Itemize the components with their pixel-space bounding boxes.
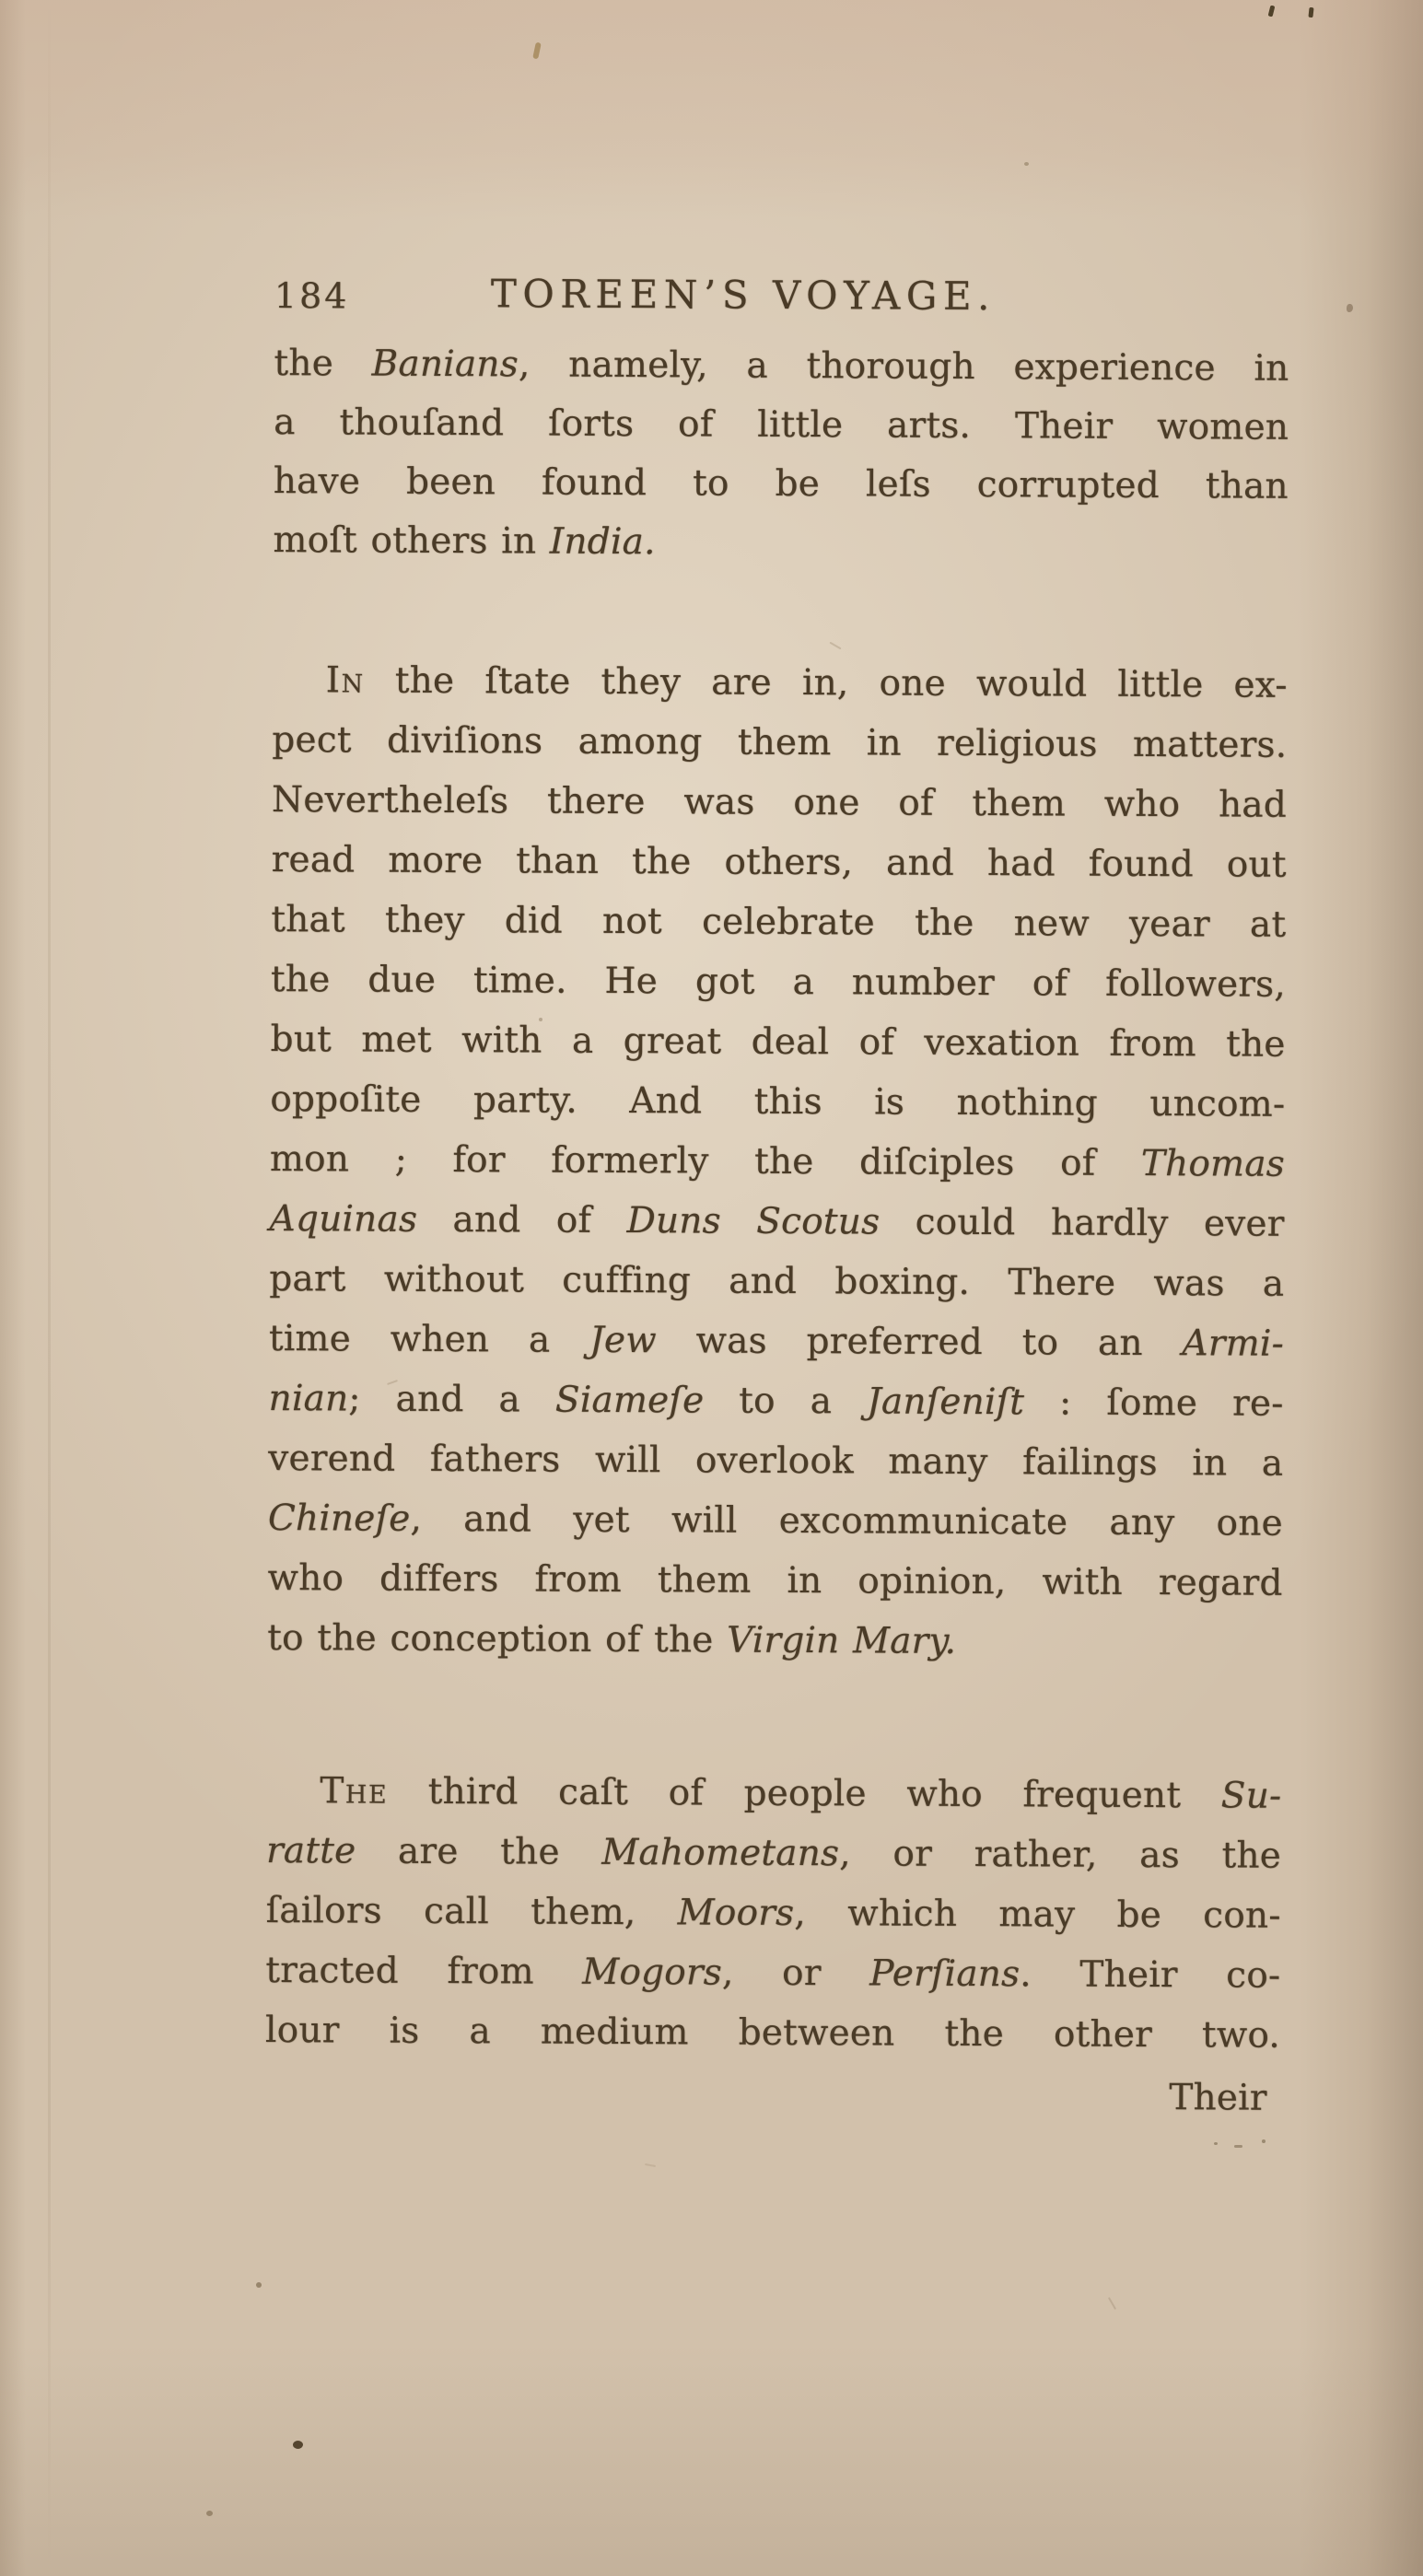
text-segment: the ſtate they are in, one would little … xyxy=(365,660,1288,706)
text-segment: moſt others in xyxy=(273,519,550,563)
text-segment: third caſt of people who frequent xyxy=(388,1771,1221,1817)
running-title: TOREEN’S VOYAGE. xyxy=(236,270,1251,321)
italic-text: Moors xyxy=(678,1892,795,1934)
text-segment: ; and a xyxy=(348,1378,555,1420)
text-segment: that they did not celebrate the new year… xyxy=(271,899,1286,946)
text-segment: time when a xyxy=(269,1318,589,1361)
text-segment: to the conception of the xyxy=(267,1617,727,1661)
text-line: nian; and a Siameſe to a Janſeniſt : ſom… xyxy=(268,1369,1283,1434)
text-line: to the conception of the Virgin Mary. xyxy=(267,1608,1282,1673)
italic-text: Armi- xyxy=(1182,1323,1284,1365)
text-segment: , and yet will excommunicate any one xyxy=(410,1498,1283,1544)
italic-text: Perſians xyxy=(869,1952,1020,1995)
italic-text: Virgin Mary. xyxy=(727,1620,956,1662)
text-line: read more than the others, and had found… xyxy=(271,830,1286,895)
text-line: ratte are the Mahometans, or rather, as … xyxy=(266,1821,1281,1886)
italic-text: Aquinas xyxy=(269,1198,417,1241)
text-segment: The xyxy=(320,1770,388,1812)
text-segment: pect diviſions among them in religious m… xyxy=(272,719,1287,766)
text-line: time when a Jew was preferred to an Armi… xyxy=(269,1309,1284,1374)
text-segment: but met with a great deal of vexation fr… xyxy=(271,1019,1286,1066)
paragraph-3: The third caſt of people who frequent Su… xyxy=(265,1761,1282,2066)
text-line: In the ſtate they are in, one would litt… xyxy=(272,650,1287,716)
italic-text: Mahometans xyxy=(601,1832,839,1874)
paper-fiber xyxy=(1108,2297,1116,2310)
paper-crease xyxy=(48,0,51,2576)
ink-speck xyxy=(1234,2145,1242,2148)
text-segment: verend fathers will overlook many failin… xyxy=(268,1438,1283,1485)
page-header: 184 TOREEN’S VOYAGE. xyxy=(274,270,1289,323)
italic-text: Chineſe xyxy=(268,1498,411,1540)
text-line: verend fathers will overlook many failin… xyxy=(268,1428,1283,1494)
text-segment: read more than the others, and had found… xyxy=(272,839,1287,886)
text-segment: could hardly ever xyxy=(880,1201,1285,1244)
text-line: mon ; for formerly the diſciples of Thom… xyxy=(270,1129,1285,1195)
text-line: the Banians, namely, a thorough experien… xyxy=(274,334,1289,399)
italic-text: India. xyxy=(550,521,656,564)
ink-speck xyxy=(206,2511,213,2516)
text-line: Nevertheleſs there was one of them who h… xyxy=(272,770,1287,835)
italic-text: Thomas xyxy=(1141,1143,1285,1185)
text-segment: tracted from xyxy=(265,1950,582,1993)
text-segment: to a xyxy=(704,1380,867,1422)
text-segment: part without cuffing and boxing. There w… xyxy=(269,1258,1284,1305)
text-segment: a thouſand ſorts of little arts. Their w… xyxy=(274,402,1289,449)
text-line: moſt others in India. xyxy=(273,511,1288,576)
paragraph-2: In the ſtate they are in, one would litt… xyxy=(267,650,1288,1673)
text-block: 184 TOREEN’S VOYAGE. the Banians, namely… xyxy=(264,270,1289,2127)
text-line: part without cuffing and boxing. There w… xyxy=(269,1249,1284,1314)
text-line: Aquinas and of Duns Scotus could hardly … xyxy=(269,1189,1284,1254)
text-segment: Nevertheleſs there was one of them who h… xyxy=(272,779,1287,826)
italic-text: Siameſe xyxy=(555,1380,705,1422)
ink-mark xyxy=(532,42,542,60)
text-segment: , or rather, as the xyxy=(839,1833,1281,1877)
text-segment: , or xyxy=(722,1952,869,1995)
ink-mark xyxy=(1347,304,1353,312)
text-segment: lour is a medium between the other two. xyxy=(265,2010,1280,2057)
text-segment: . Their co- xyxy=(1020,1953,1280,1996)
text-segment: who differs from them in opinion, with r… xyxy=(267,1557,1282,1604)
text-line: oppoſite party. And this is nothing unco… xyxy=(270,1069,1285,1135)
text-line: a thouſand ſorts of little arts. Their w… xyxy=(274,393,1289,458)
text-segment: In xyxy=(326,659,365,701)
text-line: pect diviſions among them in religious m… xyxy=(272,710,1287,775)
paper-fiber xyxy=(645,2163,656,2167)
text-segment: , which may be con- xyxy=(794,1893,1281,1937)
ink-speck xyxy=(256,2282,262,2288)
ink-speck xyxy=(539,1018,542,1021)
text-line: lour is a medium between the other two. xyxy=(265,2000,1280,2066)
ink-speck xyxy=(1024,162,1029,166)
text-segment: the due time. He got a number of followe… xyxy=(271,959,1286,1006)
ink-mark xyxy=(1268,6,1276,17)
text-segment: was preferred to an xyxy=(657,1320,1183,1364)
text-line: The third caſt of people who frequent Su… xyxy=(266,1761,1281,1826)
text-line: that they did not celebrate the new year… xyxy=(271,890,1286,955)
text-segment: and of xyxy=(417,1199,627,1241)
italic-text: Jew xyxy=(589,1320,657,1361)
text-segment: have been found to be leſs corrupted tha… xyxy=(274,460,1289,507)
italic-text: Duns Scotus xyxy=(626,1200,880,1242)
italic-text: ratte xyxy=(266,1830,356,1872)
text-line: tracted from Mogors, or Perſians. Their … xyxy=(265,1941,1280,2006)
catchword-row: Their xyxy=(264,2066,1279,2127)
text-line: ſailors call them, Moors, which may be c… xyxy=(266,1881,1281,1946)
text-segment: , namely, a thorough experience in xyxy=(519,344,1289,389)
italic-text: nian xyxy=(268,1378,348,1419)
paragraph-1: the Banians, namely, a thorough experien… xyxy=(273,334,1289,576)
text-line: who differs from them in opinion, with r… xyxy=(267,1548,1282,1614)
text-segment: the xyxy=(274,343,371,385)
text-segment: are the xyxy=(356,1830,601,1872)
italic-text: Mogors xyxy=(582,1952,722,1994)
body-text: the Banians, namely, a thorough experien… xyxy=(265,334,1289,2066)
text-segment: : ſome re- xyxy=(1024,1381,1284,1424)
ink-speck xyxy=(1262,2139,1266,2143)
text-segment: ſailors call them, xyxy=(266,1890,678,1933)
text-segment: mon ; for formerly the diſciples of xyxy=(270,1138,1141,1184)
text-line: but met with a great deal of vexation fr… xyxy=(270,1009,1285,1075)
italic-text: Su- xyxy=(1221,1775,1282,1816)
ink-speck xyxy=(293,2441,303,2449)
italic-text: Janſeniſt xyxy=(867,1381,1024,1423)
text-line: Chineſe, and yet will excommunicate any … xyxy=(268,1488,1283,1554)
italic-text: Banians xyxy=(372,344,519,386)
book-page-scan: 184 TOREEN’S VOYAGE. the Banians, namely… xyxy=(0,0,1423,2576)
text-line: have been found to be leſs corrupted tha… xyxy=(274,452,1289,517)
text-segment: oppoſite party. And this is nothing unco… xyxy=(270,1078,1285,1125)
ink-mark xyxy=(1308,7,1313,17)
text-line: the due time. He got a number of followe… xyxy=(271,950,1286,1015)
catchword: Their xyxy=(1169,2077,1267,2119)
ink-speck xyxy=(1214,2142,1218,2145)
